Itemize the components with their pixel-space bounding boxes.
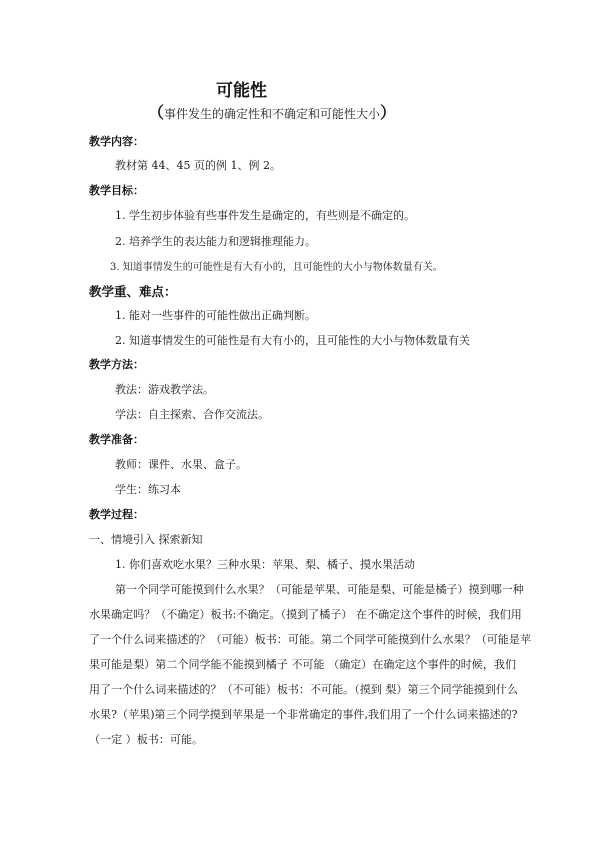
heading-methods: 教学方法： — [89, 356, 144, 372]
process-step-title: 一、情境引入 探索新知 — [89, 531, 203, 547]
paragraph-line: （一定 ）板书：可能。 — [89, 731, 203, 747]
paragraph-line: 了一个什么词来描述的？（可能）板书：可能。第二个同学可能摸到什么水果？（可能是苹 — [89, 631, 531, 647]
key-point-line: 1. 能对一些事件的可能性做出正确判断。 — [115, 307, 316, 323]
subtitle-close-paren: ） — [380, 103, 396, 122]
paragraph-line: 水果确定吗？（不确定）板书:不确定。（摸到了橘子） 在不确定这个事件的时候，我们… — [89, 606, 522, 622]
content-line: 教材第 44、45 页的例 1、例 2。 — [115, 157, 281, 173]
key-point-line: 2. 知道事情发生的可能性是有大有小的，且可能性的大小与物体数量有关 — [115, 332, 470, 348]
goal-line: 2. 培养学生的表达能力和逻辑推理能力。 — [115, 233, 316, 249]
preparation-line: 学生：练习本 — [115, 481, 181, 497]
subtitle-open-paren: （ — [148, 103, 164, 122]
paragraph-line: 水果?（苹果)第三个同学摸到苹果是一个非常确定的事件,我们用了一个什么词来描述的… — [89, 706, 518, 722]
preparation-line: 教师：课件、水果、盒子。 — [115, 456, 247, 472]
subtitle-text: 事件发生的确定性和不确定和可能性大小 — [164, 107, 380, 121]
goal-line: 3. 知道事情发生的可能性是有大有小的，且可能性的大小与物体数量有关。 — [110, 258, 443, 273]
heading-content: 教学内容： — [89, 133, 144, 149]
process-activity: 1. 你们喜欢吃水果？三种水果：苹果、梨、橘子、摸水果活动 — [115, 556, 415, 572]
heading-goals: 教学目标： — [89, 182, 144, 198]
paragraph-line: 用了一个什么词来描述的？（不可能）板书：不可能。（摸到 梨）第三个同学能摸到什么 — [89, 681, 518, 697]
goal-line: 1. 学生初步体验有些事件发生是确定的，有些则是不确定的。 — [115, 207, 415, 223]
paragraph-line: 果可能是梨）第二个同学能不能摸到橘子 不可能 （确定）在确定这个事件的时候，我们 — [89, 656, 516, 672]
method-line: 学法：自主探索、合作交流法。 — [115, 406, 269, 422]
heading-preparation: 教学准备： — [89, 431, 144, 447]
method-line: 教法：游戏教学法。 — [115, 381, 214, 397]
document-subtitle: （事件发生的确定性和不确定和可能性大小） — [148, 100, 396, 123]
paragraph-line: 第一个同学可能摸到什么水果？（可能是苹果、可能是梨、可能是橘子）摸到哪一种 — [115, 581, 524, 597]
heading-key-points: 教学重、难点： — [89, 282, 177, 300]
heading-process: 教学过程： — [89, 506, 144, 522]
document-title: 可能性 — [216, 76, 267, 101]
